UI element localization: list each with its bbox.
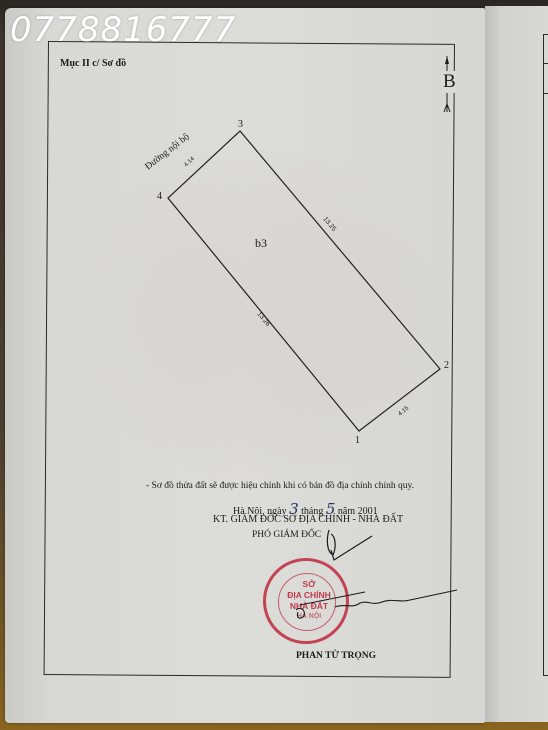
- signature-icon: [0, 0, 548, 730]
- signatory-name: PHAN TỬ TRỌNG: [296, 651, 376, 661]
